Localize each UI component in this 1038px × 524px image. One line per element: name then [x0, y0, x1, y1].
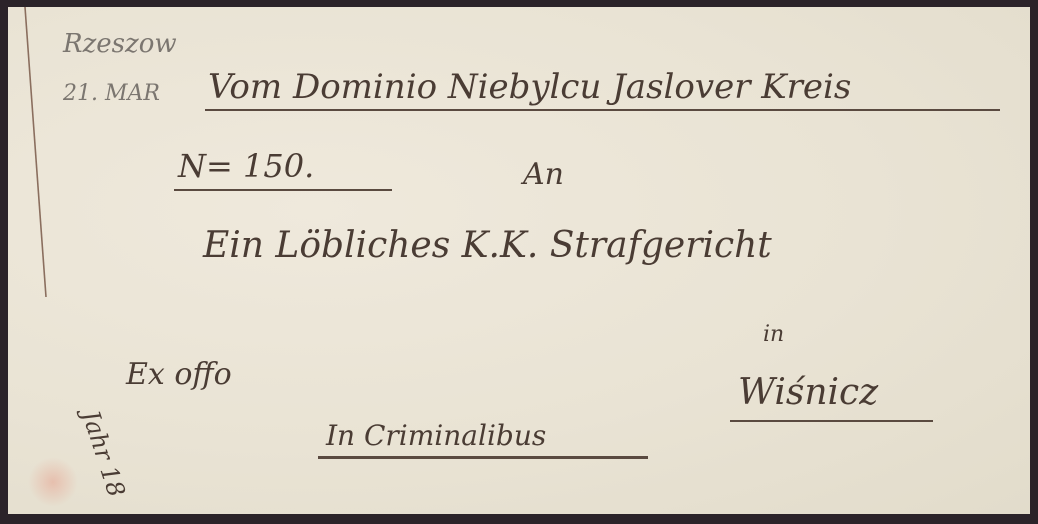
- destination-underline: [730, 420, 933, 422]
- reference-underline: [174, 189, 392, 191]
- sender-underline: [205, 109, 1000, 111]
- postmark-date: 21. MAR: [63, 81, 160, 106]
- destination: Wiśnicz: [738, 372, 878, 413]
- reference-number: N= 150.: [178, 147, 314, 185]
- postmark-town: Rzeszow: [63, 29, 177, 59]
- sender-line: Vom Dominio Niebylcu Jaslover Kreis: [208, 67, 851, 107]
- an-word: An: [523, 157, 564, 192]
- endorsement: Ex offo: [126, 357, 232, 392]
- recipient-line: Ein Löbliches K.K. Strafgericht: [203, 225, 772, 266]
- in-word: in: [763, 322, 784, 347]
- subject-underline: [318, 456, 648, 459]
- subject-line: In Criminalibus: [326, 419, 546, 452]
- document-paper: Rzeszow 21. MAR Vom Dominio Niebylcu Jas…: [8, 7, 1030, 514]
